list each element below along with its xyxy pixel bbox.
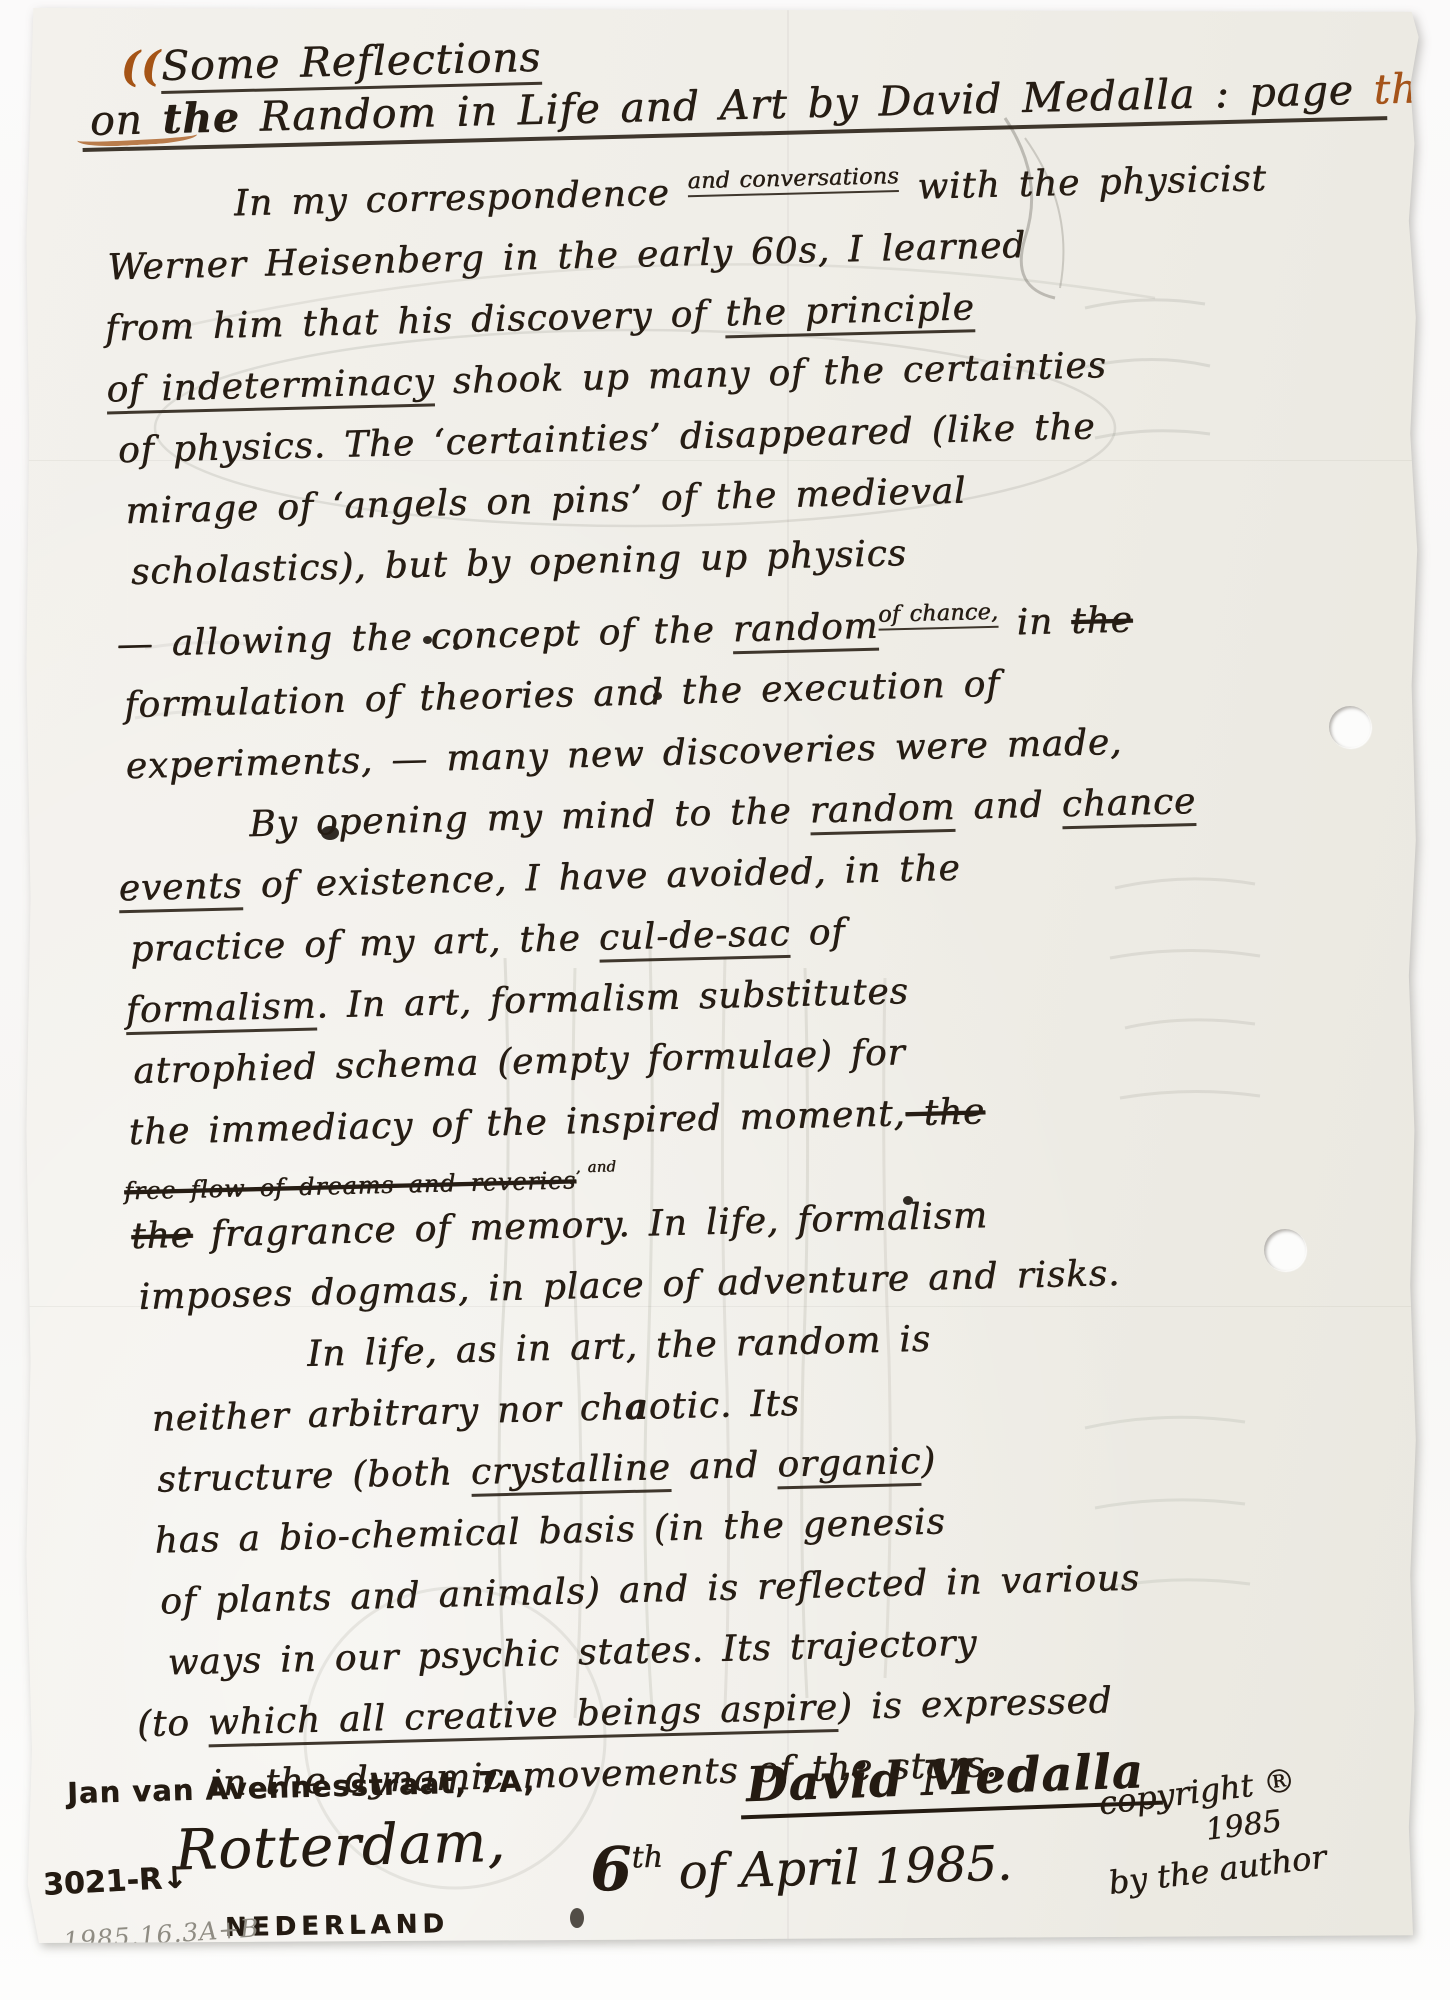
text-segment: By opening my mind to the: [249, 790, 811, 845]
text-segment: otic. Its: [648, 1383, 800, 1428]
text-segment: a: [624, 1386, 649, 1429]
text-segment: and: [955, 784, 1063, 828]
manuscript-page: ((Some Reflectionson the Random in Life …: [25, 8, 1420, 1943]
text-segment: three: [1373, 63, 1450, 114]
text-segment: the: [905, 1091, 986, 1134]
city-name: Rotterdam,: [174, 1810, 507, 1884]
text-segment: scholastics), but by opening up physics: [130, 533, 907, 593]
text-segment: In life, as in art, the random is: [307, 1319, 932, 1375]
text-segment: structure (both: [157, 1452, 472, 1501]
date-rest: of April 1985.: [663, 1835, 1013, 1900]
text-segment: formalism: [125, 986, 317, 1036]
text-segment: from him that his discovery of: [105, 293, 726, 349]
text-segment: fragrance of memory. In life, formalism: [192, 1195, 988, 1255]
manuscript-lines: ((Some Reflectionson the Random in Life …: [80, 10, 1428, 1816]
text-segment: on: [89, 95, 163, 145]
postal-code: 3021-R↓: [42, 1860, 188, 1902]
text-segment: in: [998, 601, 1072, 644]
text-segment: the principle: [725, 287, 975, 338]
text-segment: organic: [777, 1441, 922, 1490]
text-segment: which all creative beings aspire: [207, 1687, 838, 1747]
text-segment: of indeterminacy: [106, 361, 435, 414]
text-segment: ): [921, 1441, 937, 1482]
text-segment: with the physicist: [899, 158, 1268, 208]
text-segment: and: [670, 1444, 778, 1488]
copyright-note: copyright ® 1985 by the author: [1097, 1757, 1329, 1903]
text-segment: shook up many of the certainties: [434, 345, 1107, 402]
text-segment: has a bio-chemical basis (in the genesis: [154, 1501, 946, 1561]
text-segment: In my correspondence: [233, 172, 688, 224]
text-segment: (to: [137, 1702, 209, 1745]
date-day: 6: [589, 1834, 633, 1905]
text-segment: random: [809, 787, 956, 836]
ink-blot: [570, 1908, 584, 1928]
text-segment: of chance,: [878, 599, 999, 631]
scanned-document-background: ((Some Reflectionson the Random in Life …: [0, 0, 1450, 2000]
text-segment: practice of my art, the: [130, 918, 600, 970]
text-segment: atrophied schema (empty formulae) for: [133, 1032, 906, 1092]
text-segment: neither arbitrary nor ch: [151, 1387, 625, 1440]
text-segment: the: [131, 1215, 193, 1257]
text-segment: crystalline: [470, 1447, 671, 1497]
text-segment: the immediacy of the inspired moment,: [128, 1093, 906, 1153]
text-segment: . In art, formalism substitutes: [316, 971, 909, 1026]
text-segment: ((: [120, 42, 162, 91]
text-segment: , and: [575, 1157, 616, 1176]
catalog-number-pencil: 1985.16.3A+B: [62, 1913, 260, 1956]
text-segment: the: [1071, 599, 1133, 641]
text-segment: ) is expressed: [837, 1680, 1113, 1728]
text-segment: chance: [1061, 781, 1196, 829]
text-segment: of: [790, 912, 846, 954]
text-segment: — allowing the concept of the: [116, 609, 733, 665]
text-segment: and conversations: [687, 163, 899, 197]
text-segment: mirage of ‘angels on pins’ of the mediev…: [125, 470, 967, 532]
text-segment: of existence, I have avoided, in the: [242, 848, 961, 907]
text-segment: ways in our psychic states. Its trajecto…: [167, 1623, 977, 1684]
text-segment: the: [162, 93, 240, 143]
text-segment: random: [732, 606, 879, 655]
text-segment: cul-de-sac: [598, 913, 791, 963]
paper-shadow-wrap: ((Some Reflectionson the Random in Life …: [25, 8, 1420, 1943]
text-segment: events: [118, 865, 243, 913]
text-segment: formulation of theories and the executio…: [124, 664, 1001, 726]
date-suffix: th: [631, 1840, 663, 1876]
date-line: 6th of April 1985.: [589, 1824, 1013, 1905]
